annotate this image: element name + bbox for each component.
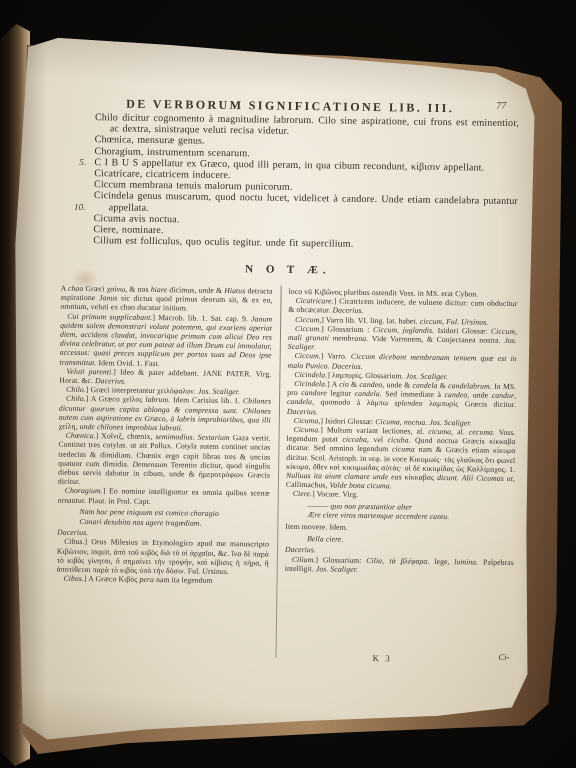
notes-heading: N O T Æ.	[78, 261, 498, 279]
note-paragraph: ——— quo non præstantior alter Ære ciere …	[285, 501, 514, 523]
note-paragraph: Item movere. Idem.	[285, 522, 514, 534]
signature-mark: K 3	[372, 653, 391, 663]
notes-column-right: loco vũ Κιβῶνος pluribus ostendit Voss. …	[285, 287, 518, 576]
note-paragraph: Bella ciere.	[285, 534, 514, 546]
note-paragraph: Chœnica.] Χοῖνιξ, chœnix, semimodius. Se…	[58, 431, 271, 489]
book-photo: DE VERBORUM SIGNIFICATIONE LIB. III. 77 …	[0, 0, 576, 768]
note-paragraph: Chilo.] A Græco χεῖλος labrum. Idem Cari…	[59, 394, 271, 434]
page-text-layer: DE VERBORUM SIGNIFICATIONE LIB. III. 77 …	[0, 0, 576, 768]
page-number: 77	[496, 101, 506, 112]
catchword: Ci-	[498, 652, 509, 662]
note-paragraph: Cui primum supplicabant.] Macrob. lib. 1…	[60, 311, 273, 369]
note-paragraph: Cilium.] Glossarium: Cilia, τὰ βλέφαρα. …	[285, 555, 514, 577]
column-divider	[275, 286, 281, 658]
line-number: 10.	[62, 201, 86, 213]
note-paragraph: Cicindela.] A cio & candeo, unde & cande…	[287, 379, 516, 419]
note-paragraph: Ciere.] Vocare. Virg.	[286, 489, 515, 501]
lemma-entries: Chilo dicitur cognomento à magnitudine l…	[93, 112, 519, 252]
note-paragraph: Ciccum.] Glossarium : Ciccum, juglandis.…	[288, 324, 517, 355]
note-paragraph: A chao Græci χαίνω, & nos hiare dicimus,…	[60, 284, 272, 315]
notes-column-left: A chao Græci χαίνω, & nos hiare dicimus,…	[57, 284, 273, 586]
note-paragraph: Cibus.] A Græco Κιβὸς pera nam ita legen…	[57, 574, 269, 586]
note-paragraph: Cibus.] Orus Milesius in Etymologico apu…	[57, 537, 269, 577]
note-paragraph: Choragium.] Eo nomine intelliguntur ea o…	[58, 486, 270, 507]
line-number: 5.	[62, 156, 86, 168]
note-paragraph: Nam hoc pene iniquum est comico choragio…	[57, 507, 269, 528]
note-paragraph: Cicuma.] Multum variant lectiones, al. c…	[286, 425, 516, 493]
